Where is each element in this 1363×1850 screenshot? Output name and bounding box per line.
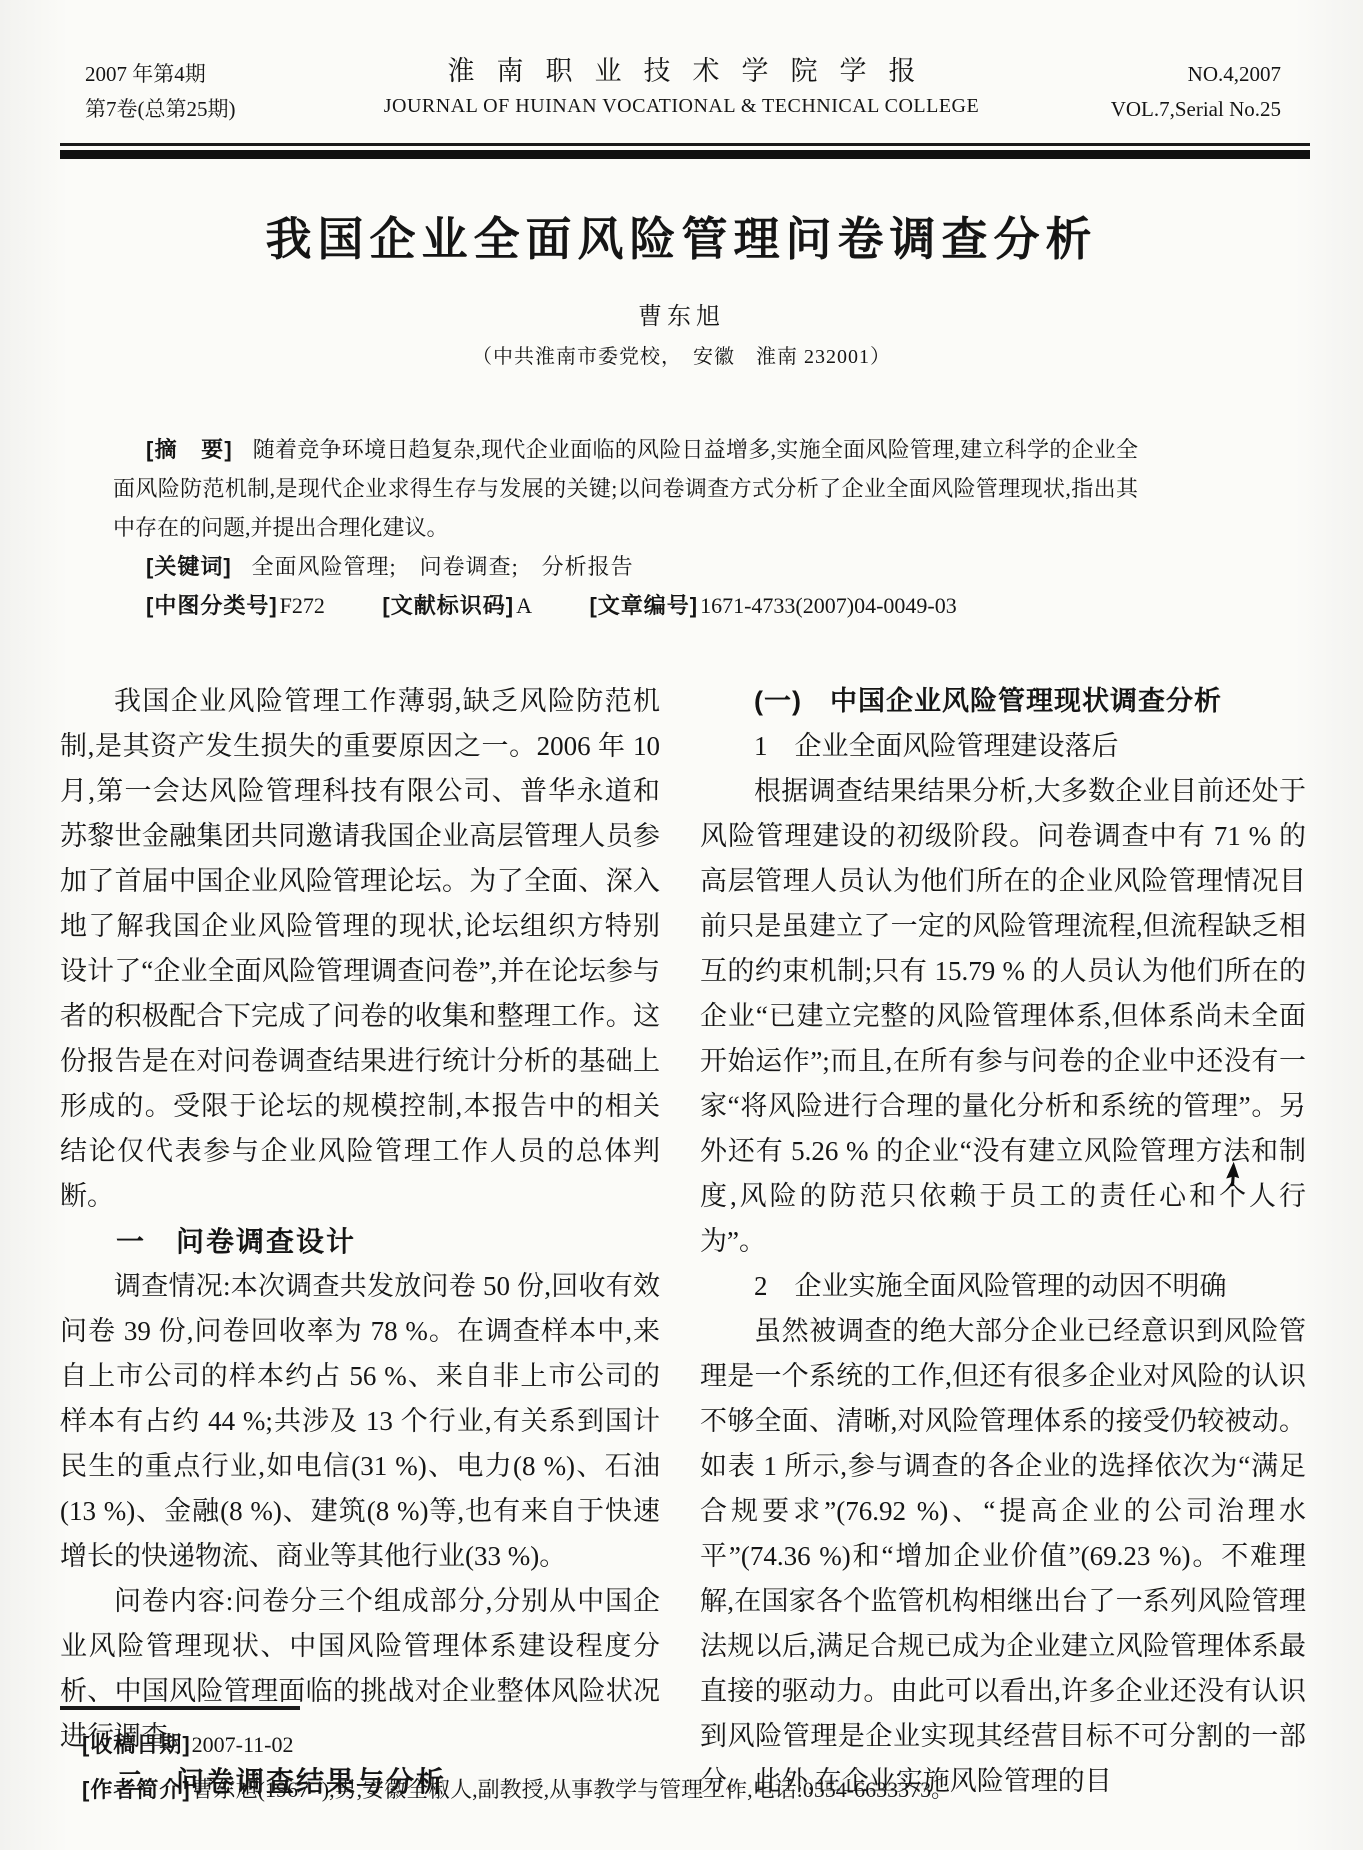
section-heading: 一 问卷调查设计 [60, 1219, 660, 1264]
body-paragraph: 我国企业风险管理工作薄弱,缺乏风险防范机制,是其资产发生损失的重要原因之一。20… [60, 679, 660, 1219]
body-paragraph: 调查情况:本次调查共发放问卷 50 份,回收有效问卷 39 份,问卷回收率为 7… [60, 1264, 660, 1579]
keywords-line: [关键词]全面风险管理; 问卷调查; 分析报告 [113, 547, 1138, 586]
section-heading: 2 企业实施全面风险管理的动因不明确 [700, 1264, 1306, 1309]
masthead-rule-thin [60, 143, 1310, 146]
body-column-right: (一) 中国企业风险管理现状调查分析1 企业全面风险管理建设落后根据调查结果结果… [700, 679, 1306, 1804]
keywords-label: [关键词] [146, 554, 232, 579]
article-title: 我国企业全面风险管理问卷调查分析 [0, 203, 1363, 269]
volume-line2: VOL.7,Serial No.25 [1111, 92, 1281, 127]
author-bio-label: [作者简介] [82, 1777, 191, 1802]
doc-code-value: A [516, 593, 532, 618]
clc-group: [中图分类号]F272 [146, 586, 325, 625]
abstract-label: [摘 要] [146, 437, 233, 462]
abstract-paragraph: [摘 要]随着竞争环境日趋复杂,现代企业面临的风险日益增多,实施全面风险管理,建… [113, 430, 1138, 547]
footnote-block: [收稿日期]2007-11-02 [作者简介]曹东旭(1967- ),男,安徽全… [82, 1722, 953, 1812]
front-matter: [摘 要]随着竞争环境日趋复杂,现代企业面临的风险日益增多,实施全面风险管理,建… [113, 430, 1138, 625]
body-column-left: 我国企业风险管理工作薄弱,缺乏风险防范机制,是其资产发生损失的重要原因之一。20… [60, 679, 660, 1804]
received-date-value: 2007-11-02 [192, 1732, 294, 1757]
abstract-text: 随着竞争环境日趋复杂,现代企业面临的风险日益增多,实施全面风险管理,建立科学的企… [113, 437, 1138, 540]
doc-code-group: [文献标识码]A [382, 586, 532, 625]
article-id-label: [文章编号] [589, 593, 698, 618]
author-bio-line: [作者简介]曹东旭(1967- ),男,安徽全椒人,副教授,从事教学与管理工作,… [82, 1767, 953, 1812]
clc-label: [中图分类号] [146, 593, 278, 618]
received-date-label: [收稿日期] [82, 1732, 191, 1757]
volume-line1: NO.4,2007 [1111, 57, 1281, 92]
volume-info: NO.4,2007 VOL.7,Serial No.25 [1111, 57, 1281, 127]
article-id-value: 1671-4733(2007)04-0049-03 [700, 593, 957, 618]
doc-code-label: [文献标识码] [382, 593, 514, 618]
section-heading: 1 企业全面风险管理建设落后 [700, 724, 1306, 769]
article-id-group: [文章编号]1671-4733(2007)04-0049-03 [589, 586, 956, 625]
keywords-text: 全面风险管理; 问卷调查; 分析报告 [251, 554, 633, 579]
journal-page: 2007 年第4期 第7卷(总第25期) 淮南职业技术学院学报 JOURNAL … [0, 0, 1363, 1850]
author-affiliation: （中共淮南市委党校， 安徽 淮南 232001） [0, 340, 1363, 369]
meta-line: [中图分类号]F272 [文献标识码]A [文章编号]1671-4733(200… [113, 586, 1138, 625]
clc-value: F272 [280, 593, 325, 618]
author-bio-value: 曹东旭(1967- ),男,安徽全椒人,副教授,从事教学与管理工作,电话:055… [192, 1777, 953, 1802]
body-paragraph: 根据调查结果结果分析,大多数企业目前还处于风险管理建设的初级阶段。问卷调查中有 … [700, 769, 1306, 1264]
masthead-rule-thick [60, 150, 1310, 159]
article-author: 曹东旭 [0, 296, 1363, 331]
footnote-rule [60, 1706, 300, 1710]
received-date-line: [收稿日期]2007-11-02 [82, 1722, 953, 1767]
section-heading: (一) 中国企业风险管理现状调查分析 [700, 679, 1306, 724]
